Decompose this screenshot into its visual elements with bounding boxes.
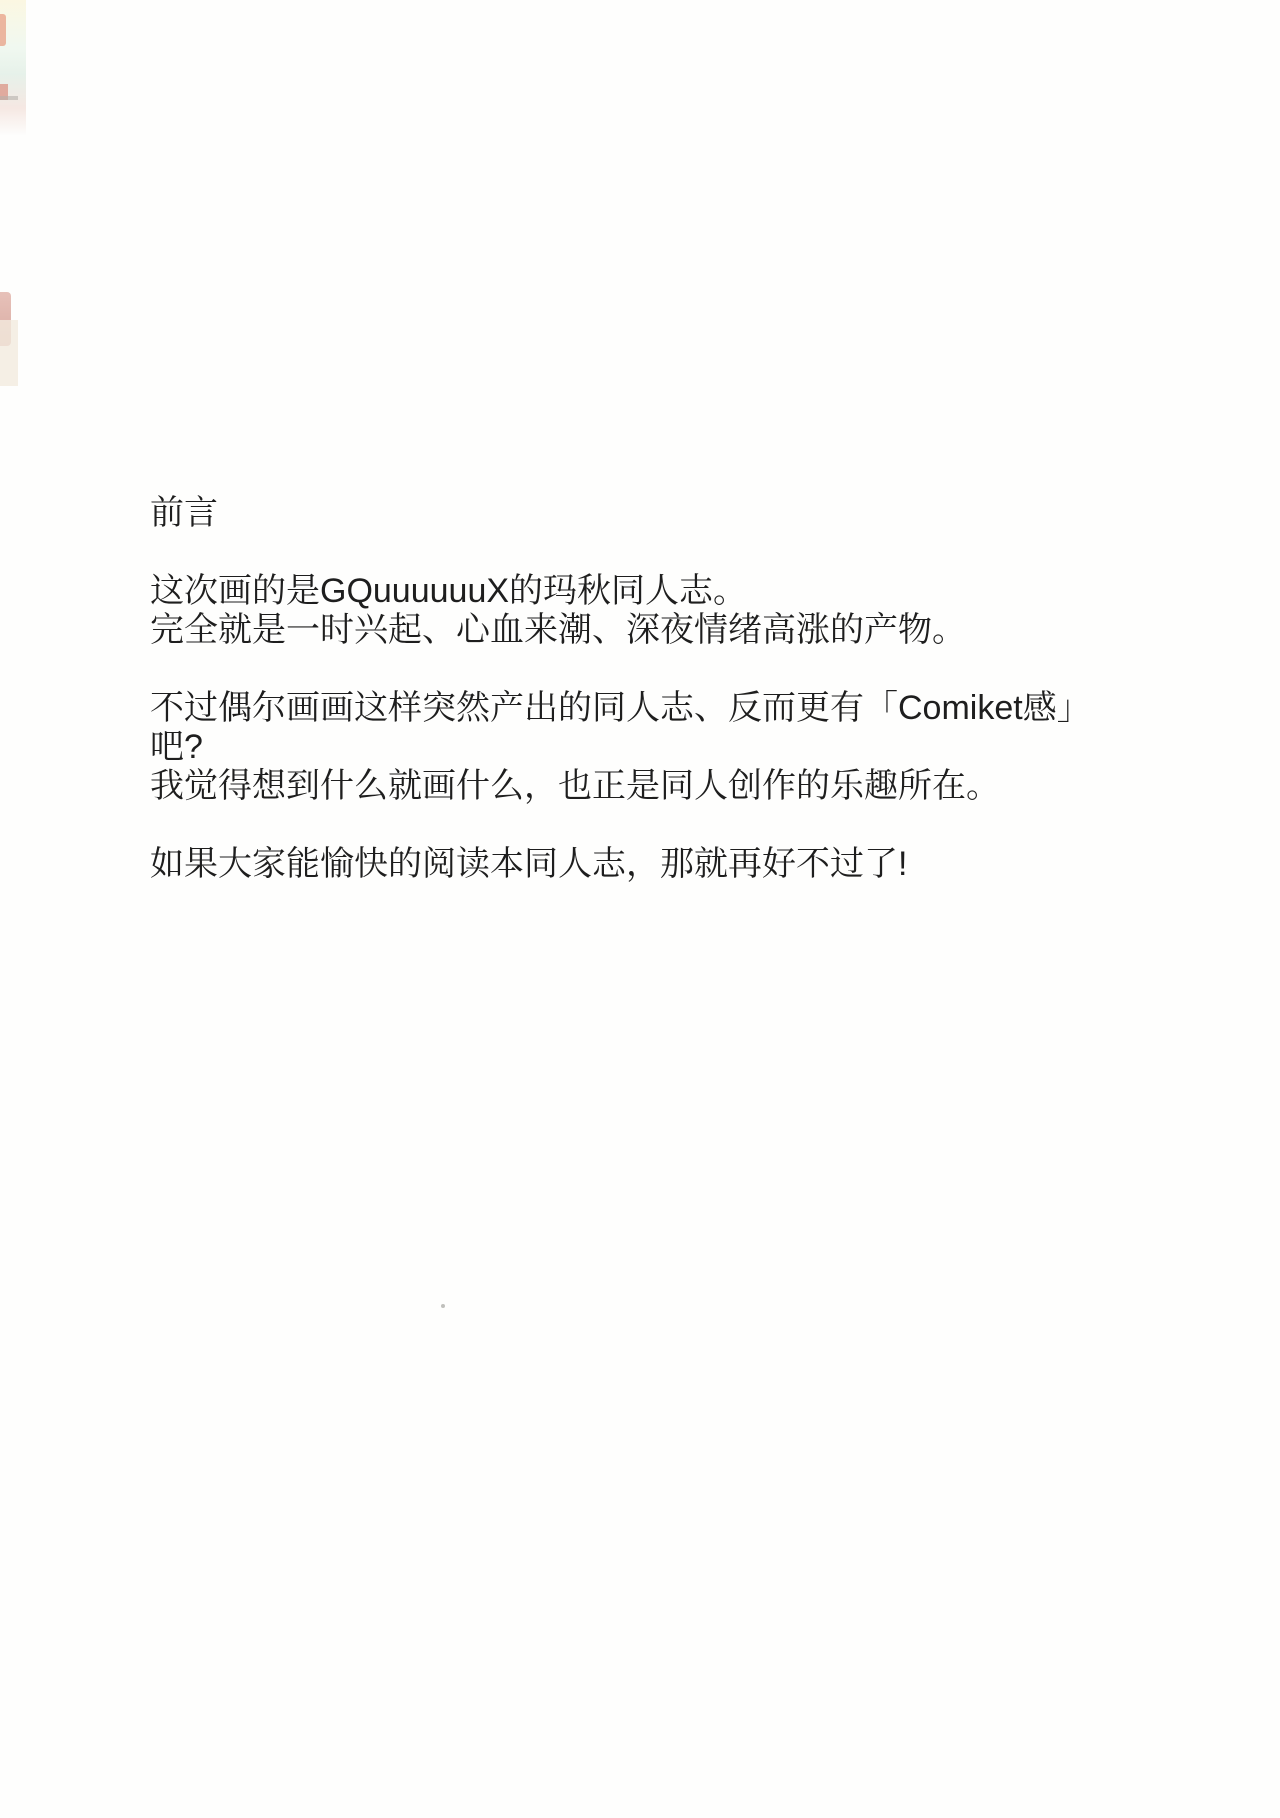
preface-text-block: 前言 这次画的是GQuuuuuuX的玛秋同人志。 完全就是一时兴起、心血来潮、深… <box>150 494 1230 884</box>
spacer-line <box>150 806 1230 845</box>
preface-line: 不过偶尔画画这样突然产出的同人志、反而更有「Comiket感」 <box>150 689 1230 728</box>
spacer-line <box>150 533 1230 572</box>
preface-line: 吧? <box>150 728 1230 767</box>
preface-line: 完全就是一时兴起、心血来潮、深夜情绪高涨的产物。 <box>150 611 1230 650</box>
preface-line: 如果大家能愉快的阅读本同人志，那就再好不过了! <box>150 845 1230 884</box>
scan-edge-beige-smudge <box>0 320 18 386</box>
scanned-page: 前言 这次画的是GQuuuuuuX的玛秋同人志。 完全就是一时兴起、心血来潮、深… <box>0 0 1280 1818</box>
scan-dust-speck <box>441 1304 445 1308</box>
preface-line: 我觉得想到什么就画什么，也正是同人创作的乐趣所在。 <box>150 767 1230 806</box>
scan-edge-red-mark <box>0 14 6 46</box>
preface-line: 这次画的是GQuuuuuuX的玛秋同人志。 <box>150 572 1230 611</box>
spacer-line <box>150 650 1230 689</box>
preface-title: 前言 <box>150 494 1230 533</box>
scan-edge-gray-mark <box>0 96 18 100</box>
